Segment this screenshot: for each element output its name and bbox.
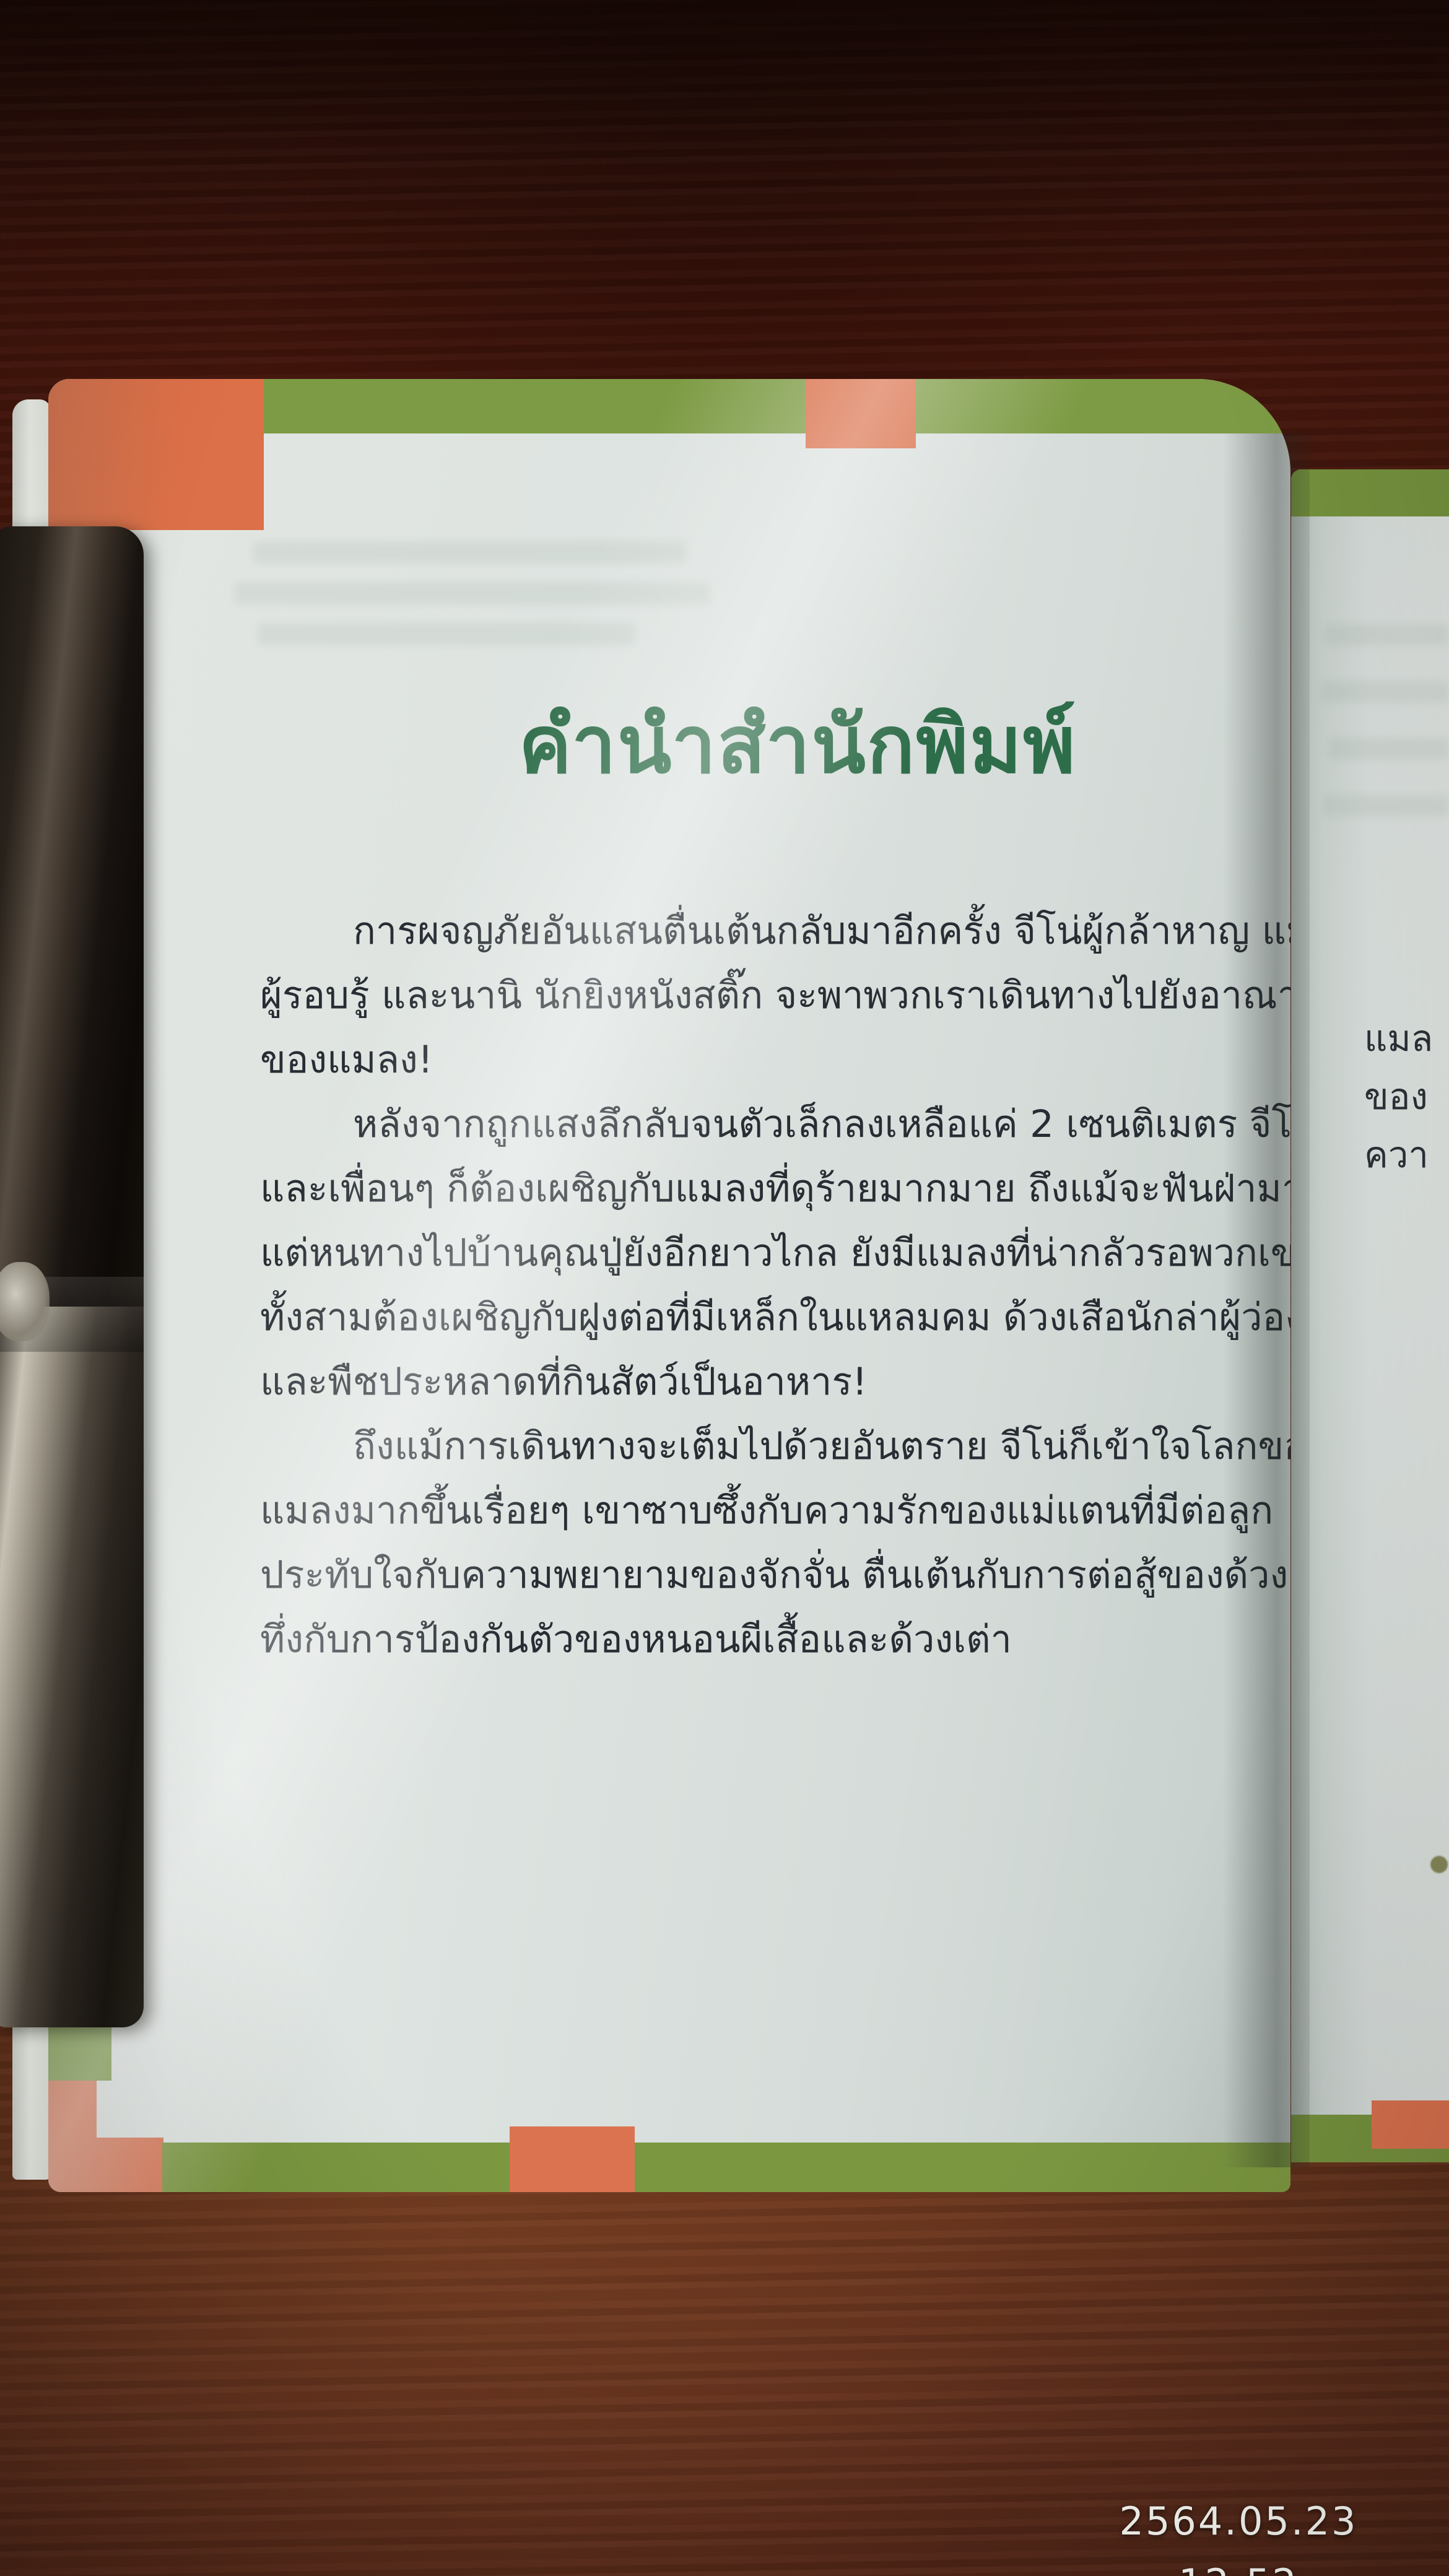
- page-border-top-green: [1291, 469, 1449, 516]
- left-page: คำนำสำนักพิมพ์ การผจญภัยอันแสนตื่นเต้นกล…: [48, 379, 1290, 2192]
- ink-dot: [1430, 1856, 1448, 1873]
- metal-clip-upper: [0, 526, 144, 1307]
- show-through-text: [1325, 624, 1449, 645]
- right-page: แมล ของ ควา: [1291, 469, 1449, 2162]
- show-through-text: [1321, 681, 1449, 702]
- text-fragment: ควา: [1364, 1126, 1429, 1183]
- photo-canvas: คำนำสำนักพิมพ์ การผจญภัยอันแสนตื่นเต้นกล…: [0, 0, 1449, 2576]
- metal-clip-highlight: [0, 1262, 50, 1341]
- show-through-text: [1328, 738, 1449, 759]
- book-cast-shadow: [0, 0, 1449, 161]
- camera-timestamp: 2564.05.23 12:52: [1053, 2491, 1424, 2552]
- metal-clip: [0, 526, 144, 2027]
- page-light-sheen: [48, 379, 1290, 2192]
- show-through-text: [1323, 795, 1449, 816]
- metal-clip-lower: [0, 1307, 144, 2027]
- orange-corner-bottom-right: [1372, 2100, 1449, 2149]
- text-fragment: แมล: [1364, 1009, 1433, 1067]
- text-fragment: ของ: [1364, 1068, 1428, 1125]
- page-gutter-shadow: [1223, 433, 1310, 2167]
